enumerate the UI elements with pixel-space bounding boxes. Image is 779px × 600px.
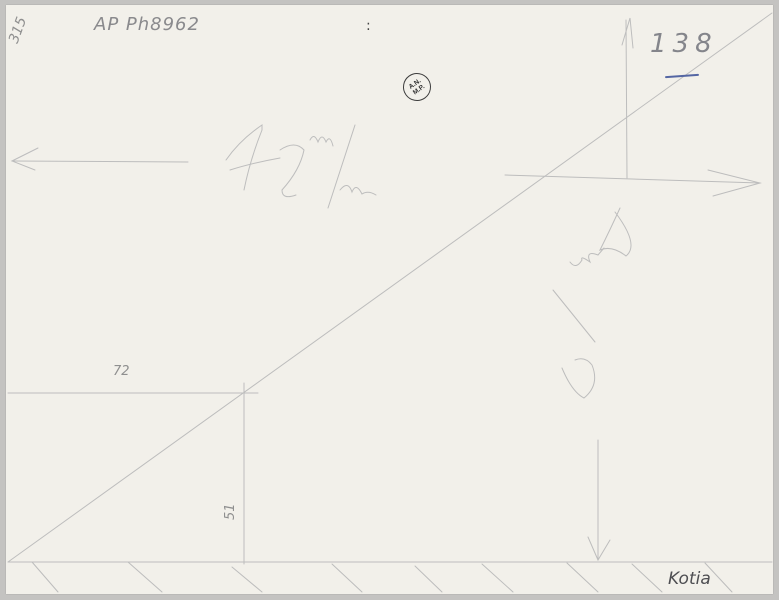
- right-arrow-line: [505, 175, 760, 183]
- small-height-label: 51: [223, 503, 238, 520]
- small-width-label: 72: [113, 364, 130, 379]
- down-arrowhead: [588, 537, 610, 560]
- up-arrow-line: [626, 20, 627, 178]
- up-arrowhead: [622, 18, 633, 48]
- sequence-number-label: 138: [650, 29, 718, 59]
- pencil-diagram: [0, 0, 779, 600]
- signature-label: Kotia: [668, 569, 711, 589]
- dot-mark: :: [366, 18, 371, 34]
- diagonal-line: [8, 13, 772, 562]
- scan-stage: AP Ph8962 315 : A.N. M.P. 138 72 51 Koti…: [0, 0, 779, 600]
- call-number-label: AP Ph8962: [94, 14, 200, 35]
- left-arrow-line: [12, 161, 188, 162]
- left-arrowhead: [12, 148, 38, 170]
